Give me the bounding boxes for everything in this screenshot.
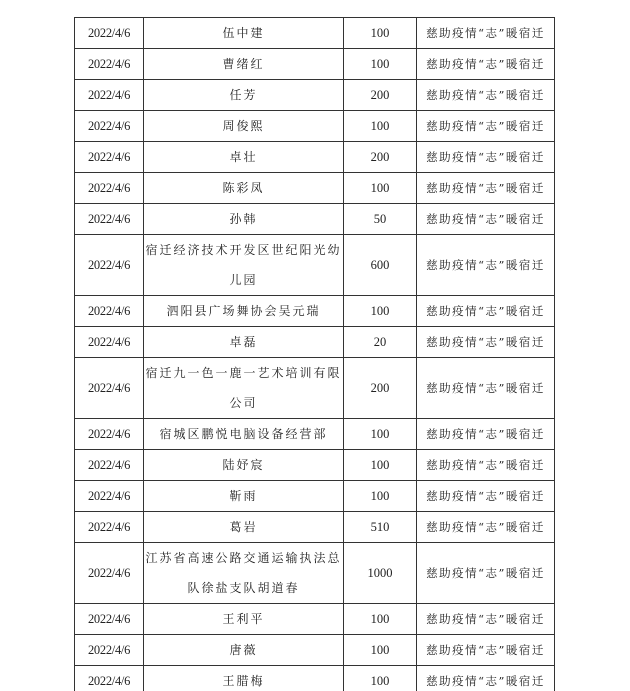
table-row: 2022/4/6 周俊熙 100 慈助疫情“志”暖宿迁 xyxy=(75,111,555,142)
purpose-cell: 慈助疫情“志”暖宿迁 xyxy=(417,49,555,80)
purpose-cell: 慈助疫情“志”暖宿迁 xyxy=(417,18,555,49)
donation-table: 2022/4/6 伍中建 100 慈助疫情“志”暖宿迁 2022/4/6 曹绪红… xyxy=(74,17,555,691)
table-row: 2022/4/6 宿迁九一色一鹿一艺术培训有限公司 200 慈助疫情“志”暖宿迁 xyxy=(75,358,555,419)
purpose-cell: 慈助疫情“志”暖宿迁 xyxy=(417,142,555,173)
amount-cell: 100 xyxy=(344,49,417,80)
table-row: 2022/4/6 陆妤宸 100 慈助疫情“志”暖宿迁 xyxy=(75,450,555,481)
purpose-cell: 慈助疫情“志”暖宿迁 xyxy=(417,327,555,358)
donor-cell: 曹绪红 xyxy=(144,49,344,80)
purpose-cell: 慈助疫情“志”暖宿迁 xyxy=(417,635,555,666)
date-cell: 2022/4/6 xyxy=(75,111,144,142)
table-row: 2022/4/6 泗阳县广场舞协会吴元瑞 100 慈助疫情“志”暖宿迁 xyxy=(75,296,555,327)
purpose-cell: 慈助疫情“志”暖宿迁 xyxy=(417,604,555,635)
purpose-cell: 慈助疫情“志”暖宿迁 xyxy=(417,419,555,450)
table-row: 2022/4/6 卓壮 200 慈助疫情“志”暖宿迁 xyxy=(75,142,555,173)
amount-cell: 100 xyxy=(344,419,417,450)
purpose-cell: 慈助疫情“志”暖宿迁 xyxy=(417,235,555,296)
table-row: 2022/4/6 江苏省高速公路交通运输执法总队徐盐支队胡道春 1000 慈助疫… xyxy=(75,543,555,604)
amount-cell: 100 xyxy=(344,18,417,49)
date-cell: 2022/4/6 xyxy=(75,512,144,543)
table-row: 2022/4/6 任芳 200 慈助疫情“志”暖宿迁 xyxy=(75,80,555,111)
donor-cell: 宿迁经济技术开发区世纪阳光幼儿园 xyxy=(144,235,344,296)
table-row: 2022/4/6 王腊梅 100 慈助疫情“志”暖宿迁 xyxy=(75,666,555,691)
donor-cell: 王利平 xyxy=(144,604,344,635)
amount-cell: 100 xyxy=(344,604,417,635)
amount-cell: 510 xyxy=(344,512,417,543)
table-row: 2022/4/6 卓磊 20 慈助疫情“志”暖宿迁 xyxy=(75,327,555,358)
purpose-cell: 慈助疫情“志”暖宿迁 xyxy=(417,80,555,111)
date-cell: 2022/4/6 xyxy=(75,358,144,419)
purpose-cell: 慈助疫情“志”暖宿迁 xyxy=(417,296,555,327)
amount-cell: 1000 xyxy=(344,543,417,604)
amount-cell: 20 xyxy=(344,327,417,358)
table-row: 2022/4/6 王利平 100 慈助疫情“志”暖宿迁 xyxy=(75,604,555,635)
table-row: 2022/4/6 孙韩 50 慈助疫情“志”暖宿迁 xyxy=(75,204,555,235)
amount-cell: 50 xyxy=(344,204,417,235)
table-row: 2022/4/6 靳雨 100 慈助疫情“志”暖宿迁 xyxy=(75,481,555,512)
donor-cell: 任芳 xyxy=(144,80,344,111)
date-cell: 2022/4/6 xyxy=(75,80,144,111)
date-cell: 2022/4/6 xyxy=(75,327,144,358)
purpose-cell: 慈助疫情“志”暖宿迁 xyxy=(417,481,555,512)
amount-cell: 100 xyxy=(344,635,417,666)
donor-cell: 江苏省高速公路交通运输执法总队徐盐支队胡道春 xyxy=(144,543,344,604)
purpose-cell: 慈助疫情“志”暖宿迁 xyxy=(417,358,555,419)
amount-cell: 100 xyxy=(344,296,417,327)
table-row: 2022/4/6 曹绪红 100 慈助疫情“志”暖宿迁 xyxy=(75,49,555,80)
date-cell: 2022/4/6 xyxy=(75,18,144,49)
amount-cell: 100 xyxy=(344,666,417,691)
date-cell: 2022/4/6 xyxy=(75,450,144,481)
date-cell: 2022/4/6 xyxy=(75,419,144,450)
date-cell: 2022/4/6 xyxy=(75,49,144,80)
table-row: 2022/4/6 宿城区鹏悦电脑设备经营部 100 慈助疫情“志”暖宿迁 xyxy=(75,419,555,450)
donor-cell: 陈彩凤 xyxy=(144,173,344,204)
table-row: 2022/4/6 陈彩凤 100 慈助疫情“志”暖宿迁 xyxy=(75,173,555,204)
amount-cell: 100 xyxy=(344,173,417,204)
purpose-cell: 慈助疫情“志”暖宿迁 xyxy=(417,111,555,142)
date-cell: 2022/4/6 xyxy=(75,173,144,204)
donor-cell: 宿城区鹏悦电脑设备经营部 xyxy=(144,419,344,450)
table-row: 2022/4/6 宿迁经济技术开发区世纪阳光幼儿园 600 慈助疫情“志”暖宿迁 xyxy=(75,235,555,296)
purpose-cell: 慈助疫情“志”暖宿迁 xyxy=(417,512,555,543)
amount-cell: 600 xyxy=(344,235,417,296)
date-cell: 2022/4/6 xyxy=(75,481,144,512)
date-cell: 2022/4/6 xyxy=(75,635,144,666)
amount-cell: 100 xyxy=(344,481,417,512)
purpose-cell: 慈助疫情“志”暖宿迁 xyxy=(417,450,555,481)
amount-cell: 100 xyxy=(344,450,417,481)
amount-cell: 200 xyxy=(344,358,417,419)
table-row: 2022/4/6 葛岩 510 慈助疫情“志”暖宿迁 xyxy=(75,512,555,543)
donor-cell: 唐薇 xyxy=(144,635,344,666)
table-row: 2022/4/6 唐薇 100 慈助疫情“志”暖宿迁 xyxy=(75,635,555,666)
donor-cell: 陆妤宸 xyxy=(144,450,344,481)
date-cell: 2022/4/6 xyxy=(75,142,144,173)
amount-cell: 100 xyxy=(344,111,417,142)
purpose-cell: 慈助疫情“志”暖宿迁 xyxy=(417,543,555,604)
date-cell: 2022/4/6 xyxy=(75,604,144,635)
date-cell: 2022/4/6 xyxy=(75,543,144,604)
donor-cell: 葛岩 xyxy=(144,512,344,543)
purpose-cell: 慈助疫情“志”暖宿迁 xyxy=(417,666,555,691)
purpose-cell: 慈助疫情“志”暖宿迁 xyxy=(417,173,555,204)
donor-cell: 卓磊 xyxy=(144,327,344,358)
date-cell: 2022/4/6 xyxy=(75,666,144,691)
donor-cell: 孙韩 xyxy=(144,204,344,235)
donor-cell: 泗阳县广场舞协会吴元瑞 xyxy=(144,296,344,327)
date-cell: 2022/4/6 xyxy=(75,296,144,327)
donor-cell: 宿迁九一色一鹿一艺术培训有限公司 xyxy=(144,358,344,419)
donor-cell: 周俊熙 xyxy=(144,111,344,142)
donor-cell: 王腊梅 xyxy=(144,666,344,691)
amount-cell: 200 xyxy=(344,142,417,173)
donor-cell: 伍中建 xyxy=(144,18,344,49)
date-cell: 2022/4/6 xyxy=(75,204,144,235)
amount-cell: 200 xyxy=(344,80,417,111)
date-cell: 2022/4/6 xyxy=(75,235,144,296)
purpose-cell: 慈助疫情“志”暖宿迁 xyxy=(417,204,555,235)
donor-cell: 靳雨 xyxy=(144,481,344,512)
table-row: 2022/4/6 伍中建 100 慈助疫情“志”暖宿迁 xyxy=(75,18,555,49)
donor-cell: 卓壮 xyxy=(144,142,344,173)
